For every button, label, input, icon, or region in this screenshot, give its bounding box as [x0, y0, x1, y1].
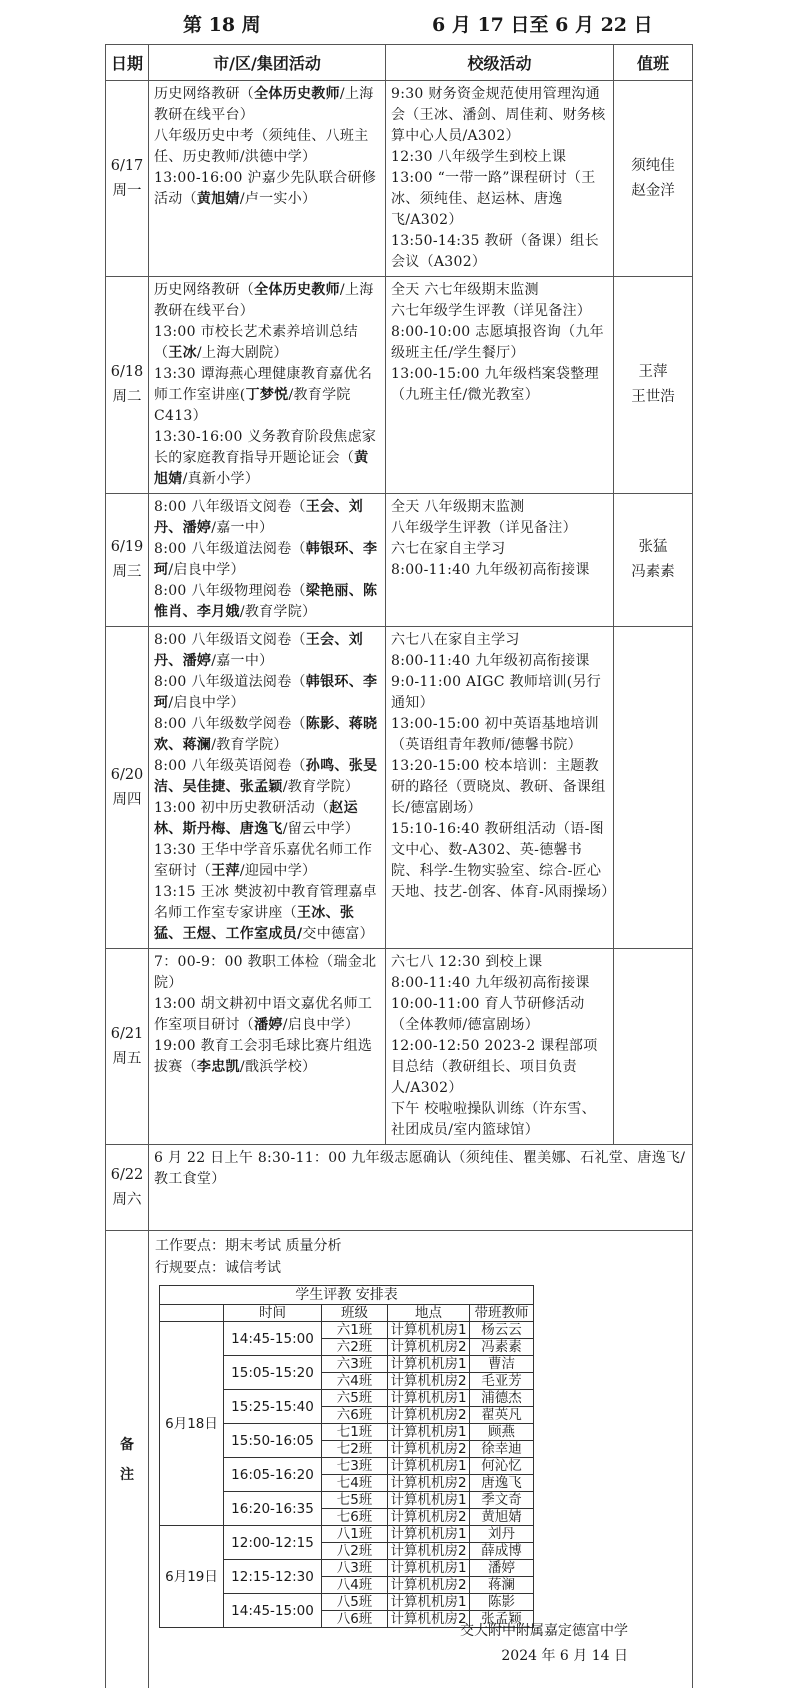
activity-item: 六七年级学生评教（详见备注）	[391, 301, 610, 322]
eval-day: 6月18日	[160, 1322, 224, 1526]
eval-teacher: 黄旭婧	[470, 1509, 534, 1526]
date-cell: 6/19周三	[106, 494, 149, 627]
eval-teacher: 毛亚芳	[470, 1373, 534, 1390]
eval-teacher: 陈影	[470, 1594, 534, 1611]
eval-class: 八1班	[322, 1526, 388, 1543]
duty-teacher: 赵金洋	[614, 179, 692, 204]
activity-item: 13:00 市校长艺术素养培训总结（王冰/上海大剧院）	[154, 322, 382, 364]
activity-item: 13:00 初中历史教研活动（赵运林、斯丹梅、唐逸飞/留云中学）	[154, 798, 382, 840]
activity-item: 8:00-11:40 九年级初高衔接课	[391, 651, 610, 672]
eval-class: 八5班	[322, 1594, 388, 1611]
eval-time: 16:05-16:20	[224, 1458, 322, 1492]
eval-class: 八3班	[322, 1560, 388, 1577]
weekday: 周三	[106, 560, 148, 585]
date-cell: 6/17周一	[106, 81, 149, 277]
activity-item: 8:00 八年级语文阅卷（王会、刘丹、潘婷/嘉一中）	[154, 497, 382, 539]
footer-school: 交大附中附属嘉定德富中学	[460, 1620, 628, 1640]
eval-time: 15:25-15:40	[224, 1390, 322, 1424]
eval-class: 六6班	[322, 1407, 388, 1424]
eval-class: 七4班	[322, 1475, 388, 1492]
eval-teacher: 潘婷	[470, 1560, 534, 1577]
activity-item: 13:00-16:00 沪嘉少先队联合研修活动（黄旭婧/卢一实小）	[154, 168, 382, 210]
eval-class: 七6班	[322, 1509, 388, 1526]
eval-location: 计算机机房2	[388, 1509, 470, 1526]
footer-date: 2024 年 6 月 14 日	[501, 1645, 628, 1665]
activity-item: 8:00 八年级物理阅卷（梁艳丽、陈惟肖、李月娥/教育学院）	[154, 581, 382, 623]
eval-class: 六3班	[322, 1356, 388, 1373]
eval-row: 6月18日14:45-15:00六1班计算机机房1杨云云	[160, 1322, 534, 1339]
col-school: 校级活动	[386, 45, 614, 81]
eval-location: 计算机机房1	[388, 1322, 470, 1339]
activity-item: 8:00 八年级道法阅卷（韩银环、李珂/启良中学）	[154, 539, 382, 581]
activity-item: 历史网络教研（全体历史教师/上海教研在线平台）	[154, 280, 382, 322]
saturday-row: 6/22 周六 6 月 22 日上午 8:30-11：00 九年级志愿确认（须纯…	[106, 1145, 693, 1231]
eval-time: 16:20-16:35	[224, 1492, 322, 1526]
eval-location: 计算机机房2	[388, 1373, 470, 1390]
participant-names: 李忠凯	[197, 1059, 240, 1075]
participant-names: 潘婷	[254, 1017, 283, 1033]
eval-teacher: 唐逸飞	[470, 1475, 534, 1492]
eval-location: 计算机机房2	[388, 1407, 470, 1424]
eval-class: 七2班	[322, 1441, 388, 1458]
eval-class: 八6班	[322, 1611, 388, 1628]
activity-item: 8:00 八年级道法阅卷（韩银环、李珂/启良中学）	[154, 672, 382, 714]
day-row: 6/20周四8:00 八年级语文阅卷（王会、刘丹、潘婷/嘉一中）8:00 八年级…	[106, 627, 693, 949]
date: 6/19	[106, 535, 148, 560]
activity-item: 13:20-15:00 校本培训：主题教研的路径（贾晓岚、教研、备课组长/德富剧…	[391, 756, 610, 819]
activity-item: 八年级历史中考（须纯佳、八班主任、历史教师/洪德中学）	[154, 126, 382, 168]
activity-item: 19:00 教育工会羽毛球比赛片组选拔赛（李忠凯/戬浜学校）	[154, 1036, 382, 1078]
school-activities: 9:30 财务资金规范使用管理沟通会（王冰、潘剑、周佳莉、财务核算中心人员/A3…	[386, 81, 614, 277]
activity-item: 8:00-11:40 九年级初高衔接课	[391, 973, 610, 994]
eval-class: 八2班	[322, 1543, 388, 1560]
date: 6/20	[106, 763, 148, 788]
activity-item: 15:10-16:40 教研组活动（语-图文中心、数-A302、英-德馨书院、科…	[391, 819, 610, 903]
eval-teacher: 顾燕	[470, 1424, 534, 1441]
eval-class: 七3班	[322, 1458, 388, 1475]
eval-location: 计算机机房1	[388, 1424, 470, 1441]
saturday-activity: 6 月 22 日上午 8:30-11：00 九年级志愿确认（须纯佳、瞿美娜、石礼…	[149, 1145, 693, 1231]
eval-class: 七5班	[322, 1492, 388, 1509]
activity-item: 13:00-15:00 九年级档案袋整理（九班主任/微光教室）	[391, 364, 610, 406]
eval-location: 计算机机房1	[388, 1560, 470, 1577]
district-activities: 7：00-9：00 教职工体检（瑞金北院）13:00 胡文耕初中语文嘉优名师工作…	[149, 949, 386, 1145]
date: 6/18	[106, 360, 148, 385]
week-number: 第 18 周	[183, 10, 261, 37]
activity-item: 六七在家自主学习	[391, 539, 610, 560]
participant-names: 王萍	[211, 863, 240, 879]
eval-location: 计算机机房1	[388, 1390, 470, 1407]
activity-item: 全天 八年级期末监测	[391, 497, 610, 518]
col-duty: 值班	[614, 45, 693, 81]
day-row: 6/21周五7：00-9：00 教职工体检（瑞金北院）13:00 胡文耕初中语文…	[106, 949, 693, 1145]
eval-day: 6月19日	[160, 1526, 224, 1628]
eval-table-title: 学生评教 安排表	[160, 1286, 534, 1305]
eval-class: 八4班	[322, 1577, 388, 1594]
conduct-focus: 行规要点：诚信考试	[155, 1257, 686, 1279]
eval-location: 计算机机房1	[388, 1458, 470, 1475]
eval-class: 六5班	[322, 1390, 388, 1407]
evaluation-schedule-table: 学生评教 安排表 时间 班级 地点 带班教师 6月18日14:45-15:00六…	[159, 1285, 534, 1628]
weekly-schedule-table: 日期 市/区/集团活动 校级活动 值班 6/17周一历史网络教研（全体历史教师/…	[105, 44, 693, 1688]
activity-item: 13:30-16:00 义务教育阶段焦虑家长的家庭教育指导开题论证会（黄旭婧/真…	[154, 427, 382, 490]
eval-time: 12:00-12:15	[224, 1526, 322, 1560]
participant-names: 全体历史教师	[254, 282, 340, 298]
activity-item: 13:30 谭海燕心理健康教育嘉优名师工作室讲座(丁梦悦/教育学院C413）	[154, 364, 382, 427]
activity-item: 下午 校啦啦操队训练（许东雪、社团成员/室内篮球馆）	[391, 1099, 610, 1141]
date-cell: 6/21周五	[106, 949, 149, 1145]
participant-names: 黄旭婧	[197, 191, 240, 207]
day-row: 6/18周二历史网络教研（全体历史教师/上海教研在线平台）13:00 市校长艺术…	[106, 277, 693, 494]
eval-teacher: 季文奇	[470, 1492, 534, 1509]
eval-teacher: 何沁忆	[470, 1458, 534, 1475]
activity-item: 8:00 八年级英语阅卷（孙鸣、张旻洁、吴佳捷、张孟颖/教育学院）	[154, 756, 382, 798]
eval-teacher: 薛成博	[470, 1543, 534, 1560]
eval-time: 12:15-12:30	[224, 1560, 322, 1594]
activity-item: 10:00-11:00 育人节研修活动（全体教师/德富剧场）	[391, 994, 610, 1036]
duty-teacher: 张猛	[614, 535, 692, 560]
weekday: 周五	[106, 1047, 148, 1072]
eval-row: 6月19日12:00-12:15八1班计算机机房1刘丹	[160, 1526, 534, 1543]
work-focus: 工作要点：期末考试 质量分析	[155, 1235, 686, 1257]
eval-location: 计算机机房1	[388, 1492, 470, 1509]
participant-names: 全体历史教师	[254, 86, 340, 102]
col-district: 市/区/集团活动	[149, 45, 386, 81]
eval-class: 六2班	[322, 1339, 388, 1356]
duty-cell	[614, 627, 693, 949]
eval-teacher: 徐幸迪	[470, 1441, 534, 1458]
header-row: 日期 市/区/集团活动 校级活动 值班	[106, 45, 693, 81]
eval-location: 计算机机房2	[388, 1577, 470, 1594]
activity-item: 7：00-9：00 教职工体检（瑞金北院）	[154, 952, 382, 994]
eval-location: 计算机机房2	[388, 1339, 470, 1356]
school-activities: 六七八在家自主学习8:00-11:40 九年级初高衔接课9:0-11:00 AI…	[386, 627, 614, 949]
activity-item: 六七八在家自主学习	[391, 630, 610, 651]
duty-cell	[614, 949, 693, 1145]
activity-item: 9:0-11:00 AIGC 教师培训(另行通知）	[391, 672, 610, 714]
day-row: 6/17周一历史网络教研（全体历史教师/上海教研在线平台）八年级历史中考（须纯佳…	[106, 81, 693, 277]
district-activities: 8:00 八年级语文阅卷（王会、刘丹、潘婷/嘉一中）8:00 八年级道法阅卷（韩…	[149, 494, 386, 627]
school-activities: 全天 八年级期末监测八年级学生评教（详见备注）六七在家自主学习8:00-11:4…	[386, 494, 614, 627]
activity-item: 12:30 八年级学生到校上课	[391, 147, 610, 168]
activity-item: 8:00 八年级数学阅卷（陈影、蒋晓欢、蒋澜/教育学院）	[154, 714, 382, 756]
duty-teacher: 冯素素	[614, 560, 692, 585]
eval-location: 计算机机房1	[388, 1526, 470, 1543]
eval-time: 14:45-15:00	[224, 1322, 322, 1356]
district-activities: 历史网络教研（全体历史教师/上海教研在线平台）八年级历史中考（须纯佳、八班主任、…	[149, 81, 386, 277]
weekday: 周六	[106, 1188, 148, 1213]
activity-item: 8:00-11:40 九年级初高衔接课	[391, 560, 610, 581]
eval-teacher: 冯素素	[470, 1339, 534, 1356]
date: 6/17	[106, 154, 148, 179]
eval-teacher: 杨云云	[470, 1322, 534, 1339]
eval-header-row: 时间 班级 地点 带班教师	[160, 1305, 534, 1322]
school-activities: 全天 六七年级期末监测六七年级学生评教（详见备注）8:00-10:00 志愿填报…	[386, 277, 614, 494]
weekday: 周二	[106, 385, 148, 410]
duty-teacher: 王萍	[614, 360, 692, 385]
eval-time: 15:50-16:05	[224, 1424, 322, 1458]
activity-item: 历史网络教研（全体历史教师/上海教研在线平台）	[154, 84, 382, 126]
activity-item: 全天 六七年级期末监测	[391, 280, 610, 301]
eval-teacher: 蒋澜	[470, 1577, 534, 1594]
activity-item: 8:00-10:00 志愿填报咨询（九年级班主任/学生餐厅）	[391, 322, 610, 364]
eval-location: 计算机机房2	[388, 1611, 470, 1628]
participant-names: 丁梦悦	[246, 387, 289, 403]
notes-label: 备 注	[106, 1231, 149, 1688]
eval-teacher: 曹洁	[470, 1356, 534, 1373]
district-activities: 历史网络教研（全体历史教师/上海教研在线平台）13:00 市校长艺术素养培训总结…	[149, 277, 386, 494]
activity-item: 13:00 胡文耕初中语文嘉优名师工作室项目研讨（潘婷/启良中学）	[154, 994, 382, 1036]
duty-teacher: 王世浩	[614, 385, 692, 410]
date-cell: 6/22 周六	[106, 1145, 149, 1231]
eval-teacher: 浦德杰	[470, 1390, 534, 1407]
duty-cell: 须纯佳赵金洋	[614, 81, 693, 277]
eval-time: 15:05-15:20	[224, 1356, 322, 1390]
duty-cell: 张猛冯素素	[614, 494, 693, 627]
eval-class: 六1班	[322, 1322, 388, 1339]
date-cell: 6/20周四	[106, 627, 149, 949]
activity-item: 13:30 王华中学音乐嘉优名师工作室研讨（王萍/迎园中学）	[154, 840, 382, 882]
activity-item: 13:00-15:00 初中英语基地培训（英语组青年教师/德馨书院）	[391, 714, 610, 756]
eval-teacher: 刘丹	[470, 1526, 534, 1543]
weekday: 周四	[106, 788, 148, 813]
district-activities: 8:00 八年级语文阅卷（王会、刘丹、潘婷/嘉一中）8:00 八年级道法阅卷（韩…	[149, 627, 386, 949]
eval-time: 14:45-15:00	[224, 1594, 322, 1628]
date-cell: 6/18周二	[106, 277, 149, 494]
school-activities: 六七八 12:30 到校上课8:00-11:40 九年级初高衔接课10:00-1…	[386, 949, 614, 1145]
col-date: 日期	[106, 45, 149, 81]
activity-item: 12:00-12:50 2023-2 课程部项目总结（教研组长、项目负责人/A3…	[391, 1036, 610, 1099]
eval-class: 六4班	[322, 1373, 388, 1390]
activity-item: 八年级学生评教（详见备注）	[391, 518, 610, 539]
eval-location: 计算机机房2	[388, 1441, 470, 1458]
eval-location: 计算机机房1	[388, 1356, 470, 1373]
activity-item: 13:15 王冰 樊波初中教育管理嘉卓名师工作室专家讲座（王冰、张猛、王煜、工作…	[154, 882, 382, 945]
participant-names: 王冰	[168, 345, 197, 361]
date-range: 6 月 17 日至 6 月 22 日	[432, 10, 653, 37]
date: 6/21	[106, 1022, 148, 1047]
day-row: 6/19周三8:00 八年级语文阅卷（王会、刘丹、潘婷/嘉一中）8:00 八年级…	[106, 494, 693, 627]
eval-teacher: 翟英凡	[470, 1407, 534, 1424]
duty-teacher: 须纯佳	[614, 154, 692, 179]
eval-location: 计算机机房2	[388, 1475, 470, 1492]
eval-location: 计算机机房1	[388, 1594, 470, 1611]
eval-class: 七1班	[322, 1424, 388, 1441]
weekday: 周一	[106, 179, 148, 204]
activity-item: 8:00 八年级语文阅卷（王会、刘丹、潘婷/嘉一中）	[154, 630, 382, 672]
eval-location: 计算机机房2	[388, 1543, 470, 1560]
activity-item: 13:50-14:35 教研（备课）组长会议（A302）	[391, 231, 610, 273]
activity-item: 9:30 财务资金规范使用管理沟通会（王冰、潘剑、周佳莉、财务核算中心人员/A3…	[391, 84, 610, 147]
duty-cell: 王萍王世浩	[614, 277, 693, 494]
date: 6/22	[106, 1163, 148, 1188]
activity-item: 六七八 12:30 到校上课	[391, 952, 610, 973]
activity-item: 13:00 “一带一路”课程研讨（王冰、须纯佳、赵运林、唐逸飞/A302）	[391, 168, 610, 231]
